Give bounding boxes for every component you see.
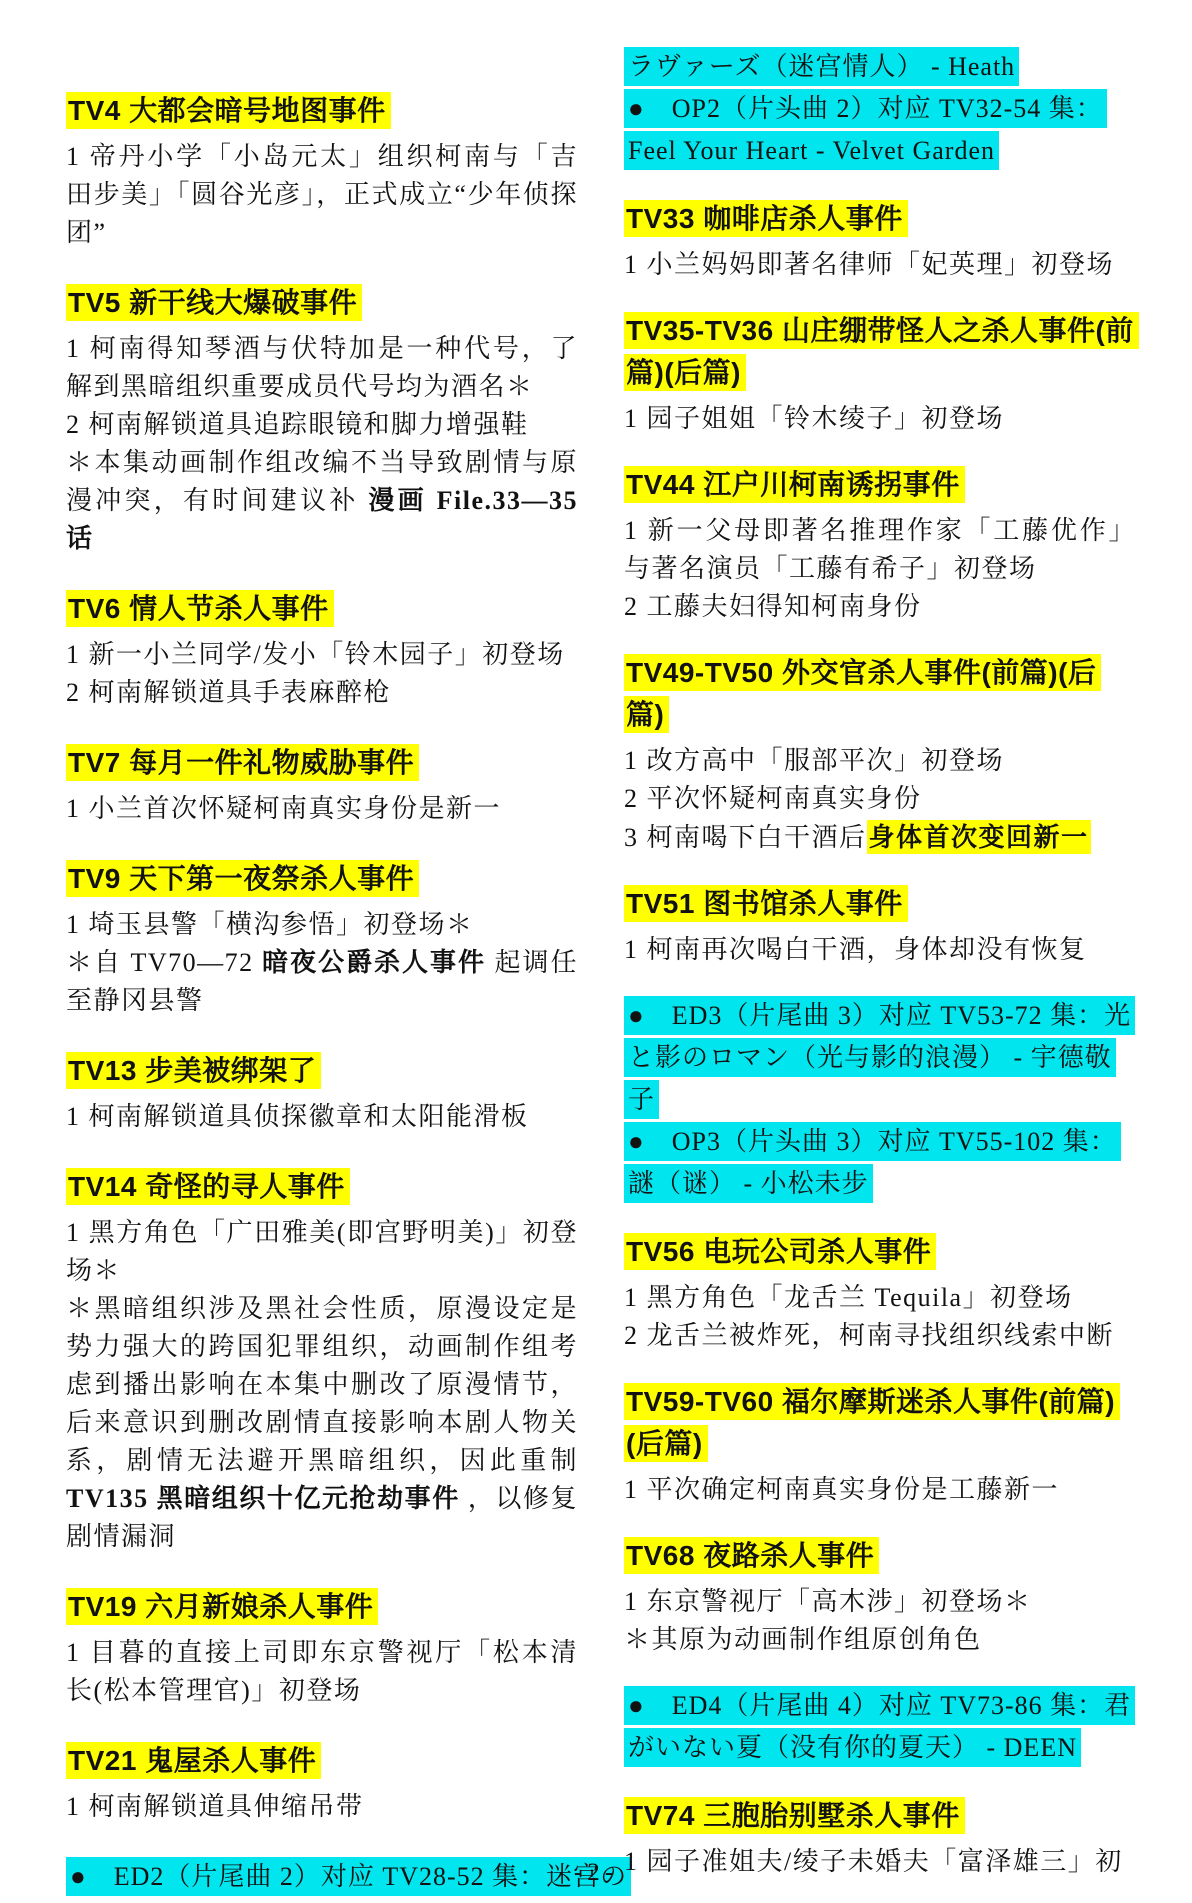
song-note-line: ● OP3（片头曲 3）对应 TV55-102 集：謎（谜） - 小松未步 xyxy=(624,1121,1136,1205)
text-run: ＊黑暗组织涉及黑社会性质，原漫设定是势力强大的跨国犯罪组织，动画制作组考虑到播出… xyxy=(66,1294,578,1475)
episode-item: 2 工藤夫妇得知柯南身份 xyxy=(624,588,1136,626)
text-run: 1 园子姐姐「铃木绫子」初登场 xyxy=(624,404,1004,433)
section-title: TV13 步美被绑架了 xyxy=(66,1050,578,1092)
yellow-highlight: TV68 夜路杀人事件 xyxy=(624,1537,879,1574)
document-page: { "page": { "number": "-2-" }, "colors":… xyxy=(0,0,1192,1903)
section-title: TV4 大都会暗号地图事件 xyxy=(66,90,578,132)
yellow-highlight: TV49-TV50 外交官杀人事件(前篇)(后篇) xyxy=(624,654,1101,733)
text-run: 1 小兰首次怀疑柯南真实身份是新一 xyxy=(66,794,501,823)
section-title: TV74 三胞胎别墅杀人事件 xyxy=(624,1795,1136,1837)
section-tv9: TV9 天下第一夜祭杀人事件 1 埼玉县警「横沟参悟」初登场＊ ＊自 TV70—… xyxy=(66,858,578,1020)
text-run: 1 柯南再次喝白干酒，身体却没有恢复 xyxy=(624,935,1087,964)
episode-item: 1 平次确定柯南真实身份是工藤新一 xyxy=(624,1471,1136,1509)
yellow-highlight: TV33 咖啡店杀人事件 xyxy=(624,200,908,237)
section-title: TV33 咖啡店杀人事件 xyxy=(624,198,1136,240)
text-run: ＊其原为动画制作组原创角色 xyxy=(624,1625,982,1654)
left-column: TV4 大都会暗号地图事件 1 帝丹小学「小岛元太」组织柯南与「吉田步美」「圆谷… xyxy=(66,0,578,1898)
episode-item: 3 柯南喝下白干酒后身体首次变回新一 xyxy=(624,818,1136,857)
section-title: TV19 六月新娘杀人事件 xyxy=(66,1586,578,1628)
song-note-line: ● OP2（片头曲 2）对应 TV32-54 集：Feel Your Heart… xyxy=(624,88,1136,172)
episode-item: 1 园子姐姐「铃木绫子」初登场 xyxy=(624,400,1136,438)
section-tv13: TV13 步美被绑架了 1 柯南解锁道具侦探徽章和太阳能滑板 xyxy=(66,1050,578,1136)
section-tv33: TV33 咖啡店杀人事件 1 小兰妈妈即著名律师「妃英理」初登场 xyxy=(624,198,1136,284)
bold-run: 暗夜公爵杀人事件 xyxy=(262,948,486,977)
episode-item: 1 埼玉县警「横沟参悟」初登场＊ xyxy=(66,906,578,944)
episode-item: 1 新一父母即著名推理作家「工藤优作」与著名演员「工藤有希子」初登场 xyxy=(624,512,1136,588)
section-title: TV14 奇怪的寻人事件 xyxy=(66,1166,578,1208)
song-note-line: ラヴァーズ（迷宫情人） - Heath xyxy=(624,46,1136,88)
text-run: 1 平次确定柯南真实身份是工藤新一 xyxy=(624,1475,1059,1504)
yellow-highlight: TV56 电玩公司杀人事件 xyxy=(624,1233,936,1270)
text-run: 1 东京警视厅「高木涉」初登场＊ xyxy=(624,1587,1032,1616)
song-note-ed3-op3: ● ED3（片尾曲 3）对应 TV53-72 集：光と影のロマン（光与影的浪漫）… xyxy=(624,995,1136,1205)
section-title: TV51 图书馆杀人事件 xyxy=(624,883,1136,925)
footnote-item: ＊黑暗组织涉及黑社会性质，原漫设定是势力强大的跨国犯罪组织，动画制作组考虑到播出… xyxy=(66,1290,578,1556)
yellow-highlight: TV44 江户川柯南诱拐事件 xyxy=(624,466,965,503)
text-run: 1 新一小兰同学/发小「铃木园子」初登场 xyxy=(66,640,565,669)
section-tv4: TV4 大都会暗号地图事件 1 帝丹小学「小岛元太」组织柯南与「吉田步美」「圆谷… xyxy=(66,90,578,252)
episode-item: 1 东京警视厅「高木涉」初登场＊ xyxy=(624,1583,1136,1621)
section-title: TV35-TV36 山庄绷带怪人之杀人事件(前篇)(后篇) xyxy=(624,310,1136,394)
page-body: TV4 大都会暗号地图事件 1 帝丹小学「小岛元太」组织柯南与「吉田步美」「圆谷… xyxy=(0,0,1192,1898)
section-tv59-tv60: TV59-TV60 福尔摩斯迷杀人事件(前篇)(后篇) 1 平次确定柯南真实身份… xyxy=(624,1381,1136,1509)
section-tv5: TV5 新干线大爆破事件 1 柯南得知琴酒与伏特加是一种代号，了解到黑暗组织重要… xyxy=(66,282,578,558)
text-run: 2 柯南解锁道具手表麻醉枪 xyxy=(66,678,391,707)
yellow-highlight: TV59-TV60 福尔摩斯迷杀人事件(前篇)(后篇) xyxy=(624,1383,1120,1462)
episode-item: 1 柯南再次喝白干酒，身体却没有恢复 xyxy=(624,931,1136,969)
episode-item: 1 目暮的直接上司即东京警视厅「松本清长(松本管理官)」初登场 xyxy=(66,1634,578,1710)
song-note-line: ● ED3（片尾曲 3）对应 TV53-72 集：光と影のロマン（光与影的浪漫）… xyxy=(624,995,1136,1121)
section-title: TV5 新干线大爆破事件 xyxy=(66,282,578,324)
section-title: TV7 每月一件礼物威胁事件 xyxy=(66,742,578,784)
text-run: 1 新一父母即著名推理作家「工藤优作」与著名演员「工藤有希子」初登场 xyxy=(624,516,1136,583)
episode-item: 2 柯南解锁道具追踪眼镜和脚力增强鞋 xyxy=(66,406,578,444)
section-tv7: TV7 每月一件礼物威胁事件 1 小兰首次怀疑柯南真实身份是新一 xyxy=(66,742,578,828)
footnote-item: ＊本集动画制作组改编不当导致剧情与原漫冲突，有时间建议补 漫画 File.33—… xyxy=(66,444,578,558)
text-run: 1 帝丹小学「小岛元太」组织柯南与「吉田步美」「圆谷光彦」，正式成立“少年侦探团… xyxy=(66,142,578,247)
text-run: 2 柯南解锁道具追踪眼镜和脚力增强鞋 xyxy=(66,410,529,439)
section-tv21: TV21 鬼屋杀人事件 1 柯南解锁道具伸缩吊带 xyxy=(66,1740,578,1826)
text-run: ＊自 TV70—72 xyxy=(66,948,262,977)
episode-item: 1 柯南解锁道具伸缩吊带 xyxy=(66,1788,578,1826)
page-number: -2- xyxy=(0,1859,1192,1887)
episode-item: 1 小兰首次怀疑柯南真实身份是新一 xyxy=(66,790,578,828)
yellow-highlight: TV21 鬼屋杀人事件 xyxy=(66,1742,321,1779)
text-run: 1 埼玉县警「横沟参悟」初登场＊ xyxy=(66,910,474,939)
right-column: ラヴァーズ（迷宫情人） - Heath ● OP2（片头曲 2）对应 TV32-… xyxy=(624,0,1136,1898)
section-title: TV68 夜路杀人事件 xyxy=(624,1535,1136,1577)
song-note-ed4: ● ED4（片尾曲 4）对应 TV73-86 集：君がいない夏（没有你的夏天） … xyxy=(624,1685,1136,1769)
section-tv56: TV56 电玩公司杀人事件 1 黑方角色「龙舌兰 Tequila」初登场 2 龙… xyxy=(624,1231,1136,1355)
cyan-highlight: ● ED4（片尾曲 4）对应 TV73-86 集：君がいない夏（没有你的夏天） … xyxy=(624,1686,1135,1767)
section-title: TV9 天下第一夜祭杀人事件 xyxy=(66,858,578,900)
text-run: 1 柯南解锁道具侦探徽章和太阳能滑板 xyxy=(66,1102,529,1131)
text-run: 2 平次怀疑柯南真实身份 xyxy=(624,784,922,813)
text-run: 1 小兰妈妈即著名律师「妃英理」初登场 xyxy=(624,250,1114,279)
section-title: TV21 鬼屋杀人事件 xyxy=(66,1740,578,1782)
bold-run: TV135 黑暗组织十亿元抢劫事件 xyxy=(66,1484,460,1513)
cyan-highlight: ● OP2（片头曲 2）对应 TV32-54 集：Feel Your Heart… xyxy=(624,89,1107,170)
text-run: 1 目暮的直接上司即东京警视厅「松本清长(松本管理官)」初登场 xyxy=(66,1638,578,1705)
yellow-highlight: TV14 奇怪的寻人事件 xyxy=(66,1168,350,1205)
section-tv35-tv36: TV35-TV36 山庄绷带怪人之杀人事件(前篇)(后篇) 1 园子姐姐「铃木绫… xyxy=(624,310,1136,438)
section-tv44: TV44 江户川柯南诱拐事件 1 新一父母即著名推理作家「工藤优作」与著名演员「… xyxy=(624,464,1136,626)
section-tv6: TV6 情人节杀人事件 1 新一小兰同学/发小「铃木园子」初登场 2 柯南解锁道… xyxy=(66,588,578,712)
song-note-line: ● ED4（片尾曲 4）对应 TV73-86 集：君がいない夏（没有你的夏天） … xyxy=(624,1685,1136,1769)
cyan-highlight: ラヴァーズ（迷宫情人） - Heath xyxy=(624,47,1019,86)
episode-item: 2 柯南解锁道具手表麻醉枪 xyxy=(66,674,578,712)
episode-item: 2 龙舌兰被炸死，柯南寻找组织线索中断 xyxy=(624,1317,1136,1355)
episode-item: 1 柯南得知琴酒与伏特加是一种代号，了解到黑暗组织重要成员代号均为酒名＊ xyxy=(66,330,578,406)
episode-item: 1 新一小兰同学/发小「铃木园子」初登场 xyxy=(66,636,578,674)
section-tv19: TV19 六月新娘杀人事件 1 目暮的直接上司即东京警视厅「松本清长(松本管理官… xyxy=(66,1586,578,1710)
yellow-highlight-inline: 身体首次变回新一 xyxy=(867,820,1091,854)
section-tv51: TV51 图书馆杀人事件 1 柯南再次喝白干酒，身体却没有恢复 xyxy=(624,883,1136,969)
text-run: 2 工藤夫妇得知柯南身份 xyxy=(624,592,922,621)
song-note-op2: ラヴァーズ（迷宫情人） - Heath ● OP2（片头曲 2）对应 TV32-… xyxy=(624,46,1136,172)
cyan-highlight: ● ED3（片尾曲 3）对应 TV53-72 集：光と影のロマン（光与影的浪漫）… xyxy=(624,996,1135,1119)
episode-item: 1 小兰妈妈即著名律师「妃英理」初登场 xyxy=(624,246,1136,284)
text-run: 3 柯南喝下白干酒后 xyxy=(624,823,867,852)
episode-item: 1 黑方角色「广田雅美(即宫野明美)」初登场＊ xyxy=(66,1214,578,1290)
yellow-highlight: TV13 步美被绑架了 xyxy=(66,1052,321,1089)
section-title: TV44 江户川柯南诱拐事件 xyxy=(624,464,1136,506)
section-title: TV49-TV50 外交官杀人事件(前篇)(后篇) xyxy=(624,652,1136,736)
section-tv68: TV68 夜路杀人事件 1 东京警视厅「高木涉」初登场＊ ＊其原为动画制作组原创… xyxy=(624,1535,1136,1659)
yellow-highlight: TV51 图书馆杀人事件 xyxy=(624,885,908,922)
text-run: 2 龙舌兰被炸死，柯南寻找组织线索中断 xyxy=(624,1321,1114,1350)
section-title: TV56 电玩公司杀人事件 xyxy=(624,1231,1136,1273)
episode-item: 1 帝丹小学「小岛元太」组织柯南与「吉田步美」「圆谷光彦」，正式成立“少年侦探团… xyxy=(66,138,578,252)
section-title: TV6 情人节杀人事件 xyxy=(66,588,578,630)
section-tv14: TV14 奇怪的寻人事件 1 黑方角色「广田雅美(即宫野明美)」初登场＊ ＊黑暗… xyxy=(66,1166,578,1556)
text-run: 1 柯南得知琴酒与伏特加是一种代号，了解到黑暗组织重要成员代号均为酒名＊ xyxy=(66,334,578,401)
yellow-highlight: TV19 六月新娘杀人事件 xyxy=(66,1588,378,1625)
text-run: 1 黑方角色「龙舌兰 Tequila」初登场 xyxy=(624,1283,1073,1312)
yellow-highlight: TV4 大都会暗号地图事件 xyxy=(66,92,391,129)
episode-item: 2 平次怀疑柯南真实身份 xyxy=(624,780,1136,818)
footnote-item: ＊自 TV70—72 暗夜公爵杀人事件 起调任至静冈县警 xyxy=(66,944,578,1020)
episode-item: 1 黑方角色「龙舌兰 Tequila」初登场 xyxy=(624,1279,1136,1317)
yellow-highlight: TV5 新干线大爆破事件 xyxy=(66,284,362,321)
text-run: 1 黑方角色「广田雅美(即宫野明美)」初登场＊ xyxy=(66,1218,578,1285)
yellow-highlight: TV7 每月一件礼物威胁事件 xyxy=(66,744,419,781)
text-run: 1 改方高中「服部平次」初登场 xyxy=(624,746,1004,775)
cyan-highlight: ● OP3（片头曲 3）对应 TV55-102 集：謎（谜） - 小松未步 xyxy=(624,1122,1121,1203)
section-title: TV59-TV60 福尔摩斯迷杀人事件(前篇)(后篇) xyxy=(624,1381,1136,1465)
text-run: 1 柯南解锁道具伸缩吊带 xyxy=(66,1792,364,1821)
episode-item: 1 柯南解锁道具侦探徽章和太阳能滑板 xyxy=(66,1098,578,1136)
yellow-highlight: TV6 情人节杀人事件 xyxy=(66,590,334,627)
section-tv49-tv50: TV49-TV50 外交官杀人事件(前篇)(后篇) 1 改方高中「服部平次」初登… xyxy=(624,652,1136,857)
yellow-highlight: TV74 三胞胎别墅杀人事件 xyxy=(624,1797,965,1834)
episode-item: 1 改方高中「服部平次」初登场 xyxy=(624,742,1136,780)
footnote-item: ＊其原为动画制作组原创角色 xyxy=(624,1621,1136,1659)
yellow-highlight: TV35-TV36 山庄绷带怪人之杀人事件(前篇)(后篇) xyxy=(624,312,1139,391)
yellow-highlight: TV9 天下第一夜祭杀人事件 xyxy=(66,860,419,897)
